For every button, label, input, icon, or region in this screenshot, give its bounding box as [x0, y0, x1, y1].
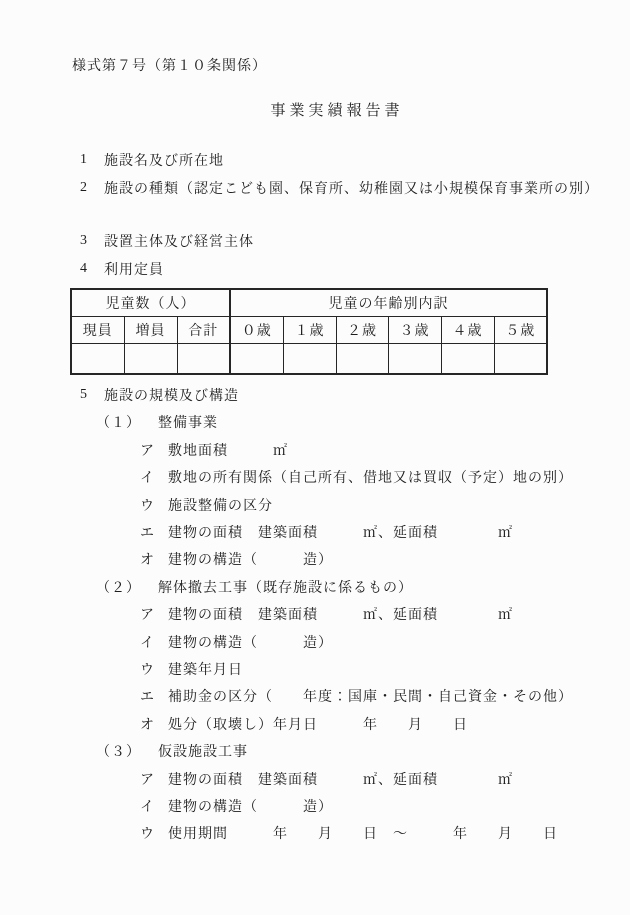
line-marker: イ [140, 632, 168, 652]
subsection-title: 整備事業 [158, 412, 218, 432]
subsection-1-heading: （１）整備事業 [0, 409, 630, 436]
subsection-1-line-a: ア敷地面積 ㎡ [0, 436, 630, 463]
line-text: 建物の構造（ 造） [168, 796, 333, 816]
col-header-total: 合計 [177, 317, 230, 344]
page-title-text: 事業実績報告書 [270, 99, 403, 120]
item-number: 3 [80, 233, 104, 249]
cell-current [71, 344, 124, 375]
subsection-2-line-u: ウ建築年月日 [0, 655, 630, 682]
subsection-title: 解体撤去工事（既存施設に係るもの） [158, 577, 413, 597]
line-text: 建物の構造（ 造） [168, 632, 333, 652]
line-text: 建物の面積 建築面積 ㎡、延面積 ㎡ [168, 769, 513, 789]
line-marker: ウ [140, 495, 168, 515]
item-facility-name: 1施設名及び所在地 [0, 147, 630, 174]
form-number: 様式第７号（第１０条関係） [0, 51, 630, 78]
table-group-header-row: 児童数（人） 児童の年齢別内訳 [71, 289, 547, 317]
group-header-children-count: 児童数（人） [71, 289, 230, 317]
subsection-3-line-i: イ建物の構造（ 造） [0, 792, 630, 819]
subsection-1-line-i: イ敷地の所有関係（自己所有、借地又は買収（予定）地の別） [0, 464, 630, 491]
subsection-1-line-e: エ建物の面積 建築面積 ㎡、延面積 ㎡ [0, 518, 630, 545]
item-label: 施設名及び所在地 [104, 150, 224, 170]
line-text: 敷地面積 ㎡ [168, 440, 288, 460]
cell-increase [124, 344, 177, 375]
col-header-age-1: １歳 [283, 317, 336, 344]
line-text: 建物の構造（ 造） [168, 549, 333, 569]
group-header-age-breakdown: 児童の年齢別内訳 [230, 289, 547, 317]
subsection-3-heading: （３）仮設施設工事 [0, 737, 630, 764]
subsection-2-heading: （２）解体撤去工事（既存施設に係るもの） [0, 573, 630, 600]
cell-age-4 [441, 344, 494, 375]
line-marker: ウ [140, 659, 168, 679]
subsection-2-line-a: ア建物の面積 建築面積 ㎡、延面積 ㎡ [0, 600, 630, 627]
item-number: 5 [80, 387, 104, 403]
item-capacity: 4利用定員 [0, 255, 630, 282]
item-label: 設置主体及び経営主体 [104, 231, 254, 251]
line-text: 使用期間 年 月 日 ～ 年 月 日 [168, 823, 558, 843]
item-label: 利用定員 [104, 259, 164, 279]
item-founding-entity: 3設置主体及び経営主体 [0, 228, 630, 255]
line-marker: ウ [140, 823, 168, 843]
col-header-age-4: ４歳 [441, 317, 494, 344]
item-number: 1 [80, 152, 104, 168]
line-marker: イ [140, 467, 168, 487]
cell-age-2 [336, 344, 388, 375]
line-marker: エ [140, 686, 168, 706]
cell-age-3 [388, 344, 441, 375]
cell-age-0 [230, 344, 283, 375]
cell-total [177, 344, 230, 375]
subsection-title: 仮設施設工事 [158, 741, 248, 761]
subsection-2-line-o: オ処分（取壊し）年月日 年 月 日 [0, 710, 630, 737]
subsection-number: （２） [96, 577, 158, 597]
item-label: 施設の種類（認定こども園、保育所、幼稚園又は小規模保育事業所の別） [104, 178, 599, 198]
table-column-header-row: 現員 増員 合計 ０歳 １歳 ２歳 ３歳 ４歳 ５歳 [71, 317, 547, 344]
col-header-age-5: ５歳 [494, 317, 547, 344]
line-text: 処分（取壊し）年月日 年 月 日 [168, 714, 468, 734]
cell-age-5 [494, 344, 547, 375]
col-header-current: 現員 [71, 317, 124, 344]
form-number-text: 様式第７号（第１０条関係） [72, 55, 267, 75]
subsection-number: （１） [96, 412, 158, 432]
col-header-age-0: ０歳 [230, 317, 283, 344]
capacity-table: 児童数（人） 児童の年齢別内訳 現員 増員 合計 ０歳 １歳 ２歳 ３歳 ４歳 … [70, 288, 548, 375]
item-number: 2 [80, 180, 104, 196]
subsection-2-line-i: イ建物の構造（ 造） [0, 628, 630, 655]
line-marker: ア [140, 769, 168, 789]
line-marker: ア [140, 604, 168, 624]
item-facility-type: 2施設の種類（認定こども園、保育所、幼稚園又は小規模保育事業所の別） [0, 174, 630, 201]
line-text: 補助金の区分（ 年度：国庫・民間・自己資金・その他） [168, 686, 573, 706]
table-row [71, 344, 547, 375]
line-text: 建築年月日 [168, 659, 243, 679]
subsection-number: （３） [96, 741, 158, 761]
subsection-1-line-u: ウ施設整備の区分 [0, 491, 630, 518]
col-header-increase: 増員 [124, 317, 177, 344]
subsection-3-line-u: ウ使用期間 年 月 日 ～ 年 月 日 [0, 820, 630, 847]
item-label: 施設の規模及び構造 [104, 385, 239, 405]
subsection-1-line-o: オ建物の構造（ 造） [0, 546, 630, 573]
line-marker: イ [140, 796, 168, 816]
page-title: 事業実績報告書 [0, 95, 630, 122]
subsection-2-line-e: エ補助金の区分（ 年度：国庫・民間・自己資金・その他） [0, 683, 630, 710]
cell-age-1 [283, 344, 336, 375]
item-number: 4 [80, 261, 104, 277]
line-marker: エ [140, 522, 168, 542]
document-page: 様式第７号（第１０条関係） 事業実績報告書 1施設名及び所在地 2施設の種類（認… [0, 0, 630, 915]
line-text: 施設整備の区分 [168, 495, 273, 515]
line-text: 建物の面積 建築面積 ㎡、延面積 ㎡ [168, 604, 513, 624]
line-text: 敷地の所有関係（自己所有、借地又は買収（予定）地の別） [168, 467, 573, 487]
item-facility-scale: 5施設の規模及び構造 [0, 381, 630, 408]
col-header-age-3: ３歳 [388, 317, 441, 344]
subsection-3-line-a: ア建物の面積 建築面積 ㎡、延面積 ㎡ [0, 765, 630, 792]
col-header-age-2: ２歳 [336, 317, 388, 344]
line-marker: オ [140, 549, 168, 569]
line-marker: オ [140, 714, 168, 734]
line-marker: ア [140, 440, 168, 460]
line-text: 建物の面積 建築面積 ㎡、延面積 ㎡ [168, 522, 513, 542]
